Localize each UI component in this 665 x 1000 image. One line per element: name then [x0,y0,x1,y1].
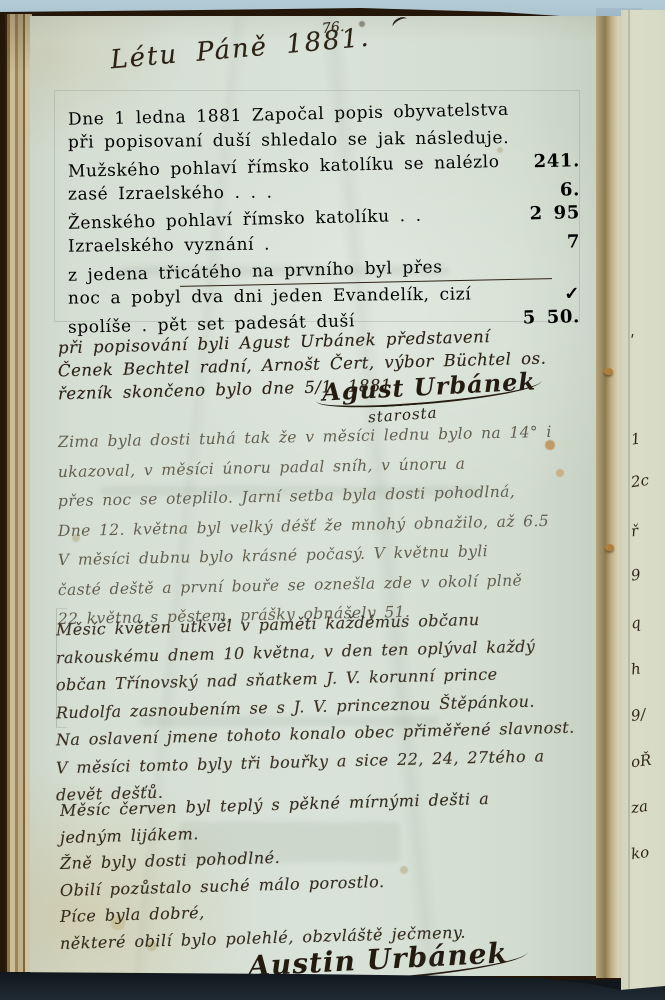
line-text: zasé Izraelského . . . [68,183,273,211]
line-value: 2 95 [529,202,580,229]
page-fragment: 2c [630,471,650,491]
line-value [580,254,581,280]
binding-stitch [605,544,614,551]
foxing-spots [30,16,34,20]
binding-stitch [604,368,613,375]
wedding-paragraph: Měsíc květen utkvěl v paměti každémus ob… [56,614,575,807]
summer-paragraph: Měsíc červen byl teplý s pěkné mírnými d… [60,795,489,954]
page-fragment: za [630,797,649,817]
page-fragment: ko [630,843,650,863]
page-fragment: ʹ [630,332,637,350]
next-page-edge: ʹ 1 2c ř 9 q h 9/ oŘ za ko [621,10,665,992]
line-value: 241. [533,150,580,177]
stray-ink-mark [391,16,410,31]
page-fragment: 9 [630,565,642,584]
signature-title: starosta [367,404,438,427]
left-page-edges [5,14,32,972]
heading-year: Létu Páně 1881. [109,23,371,76]
page-fragment: 1 [630,429,642,448]
page-fragment: 9/ [630,705,647,725]
page-fragment: q [630,613,642,632]
line-text: Izraelského vyznání . [68,235,270,263]
weather-paragraph: Zima byla dosti tuhá tak že v měsíci led… [58,428,552,635]
page-fragment: h [630,659,642,678]
census-paragraph: Dne 1 ledna 1881 Započal popis obyvatels… [68,104,580,338]
page-fold [596,16,622,978]
chronicle-page: 76. Létu Páně 1881. Dne 1 ledna 1881 Zap… [30,16,598,976]
page-fragment: oŘ [630,751,653,772]
page-fragment: ř [630,522,640,541]
